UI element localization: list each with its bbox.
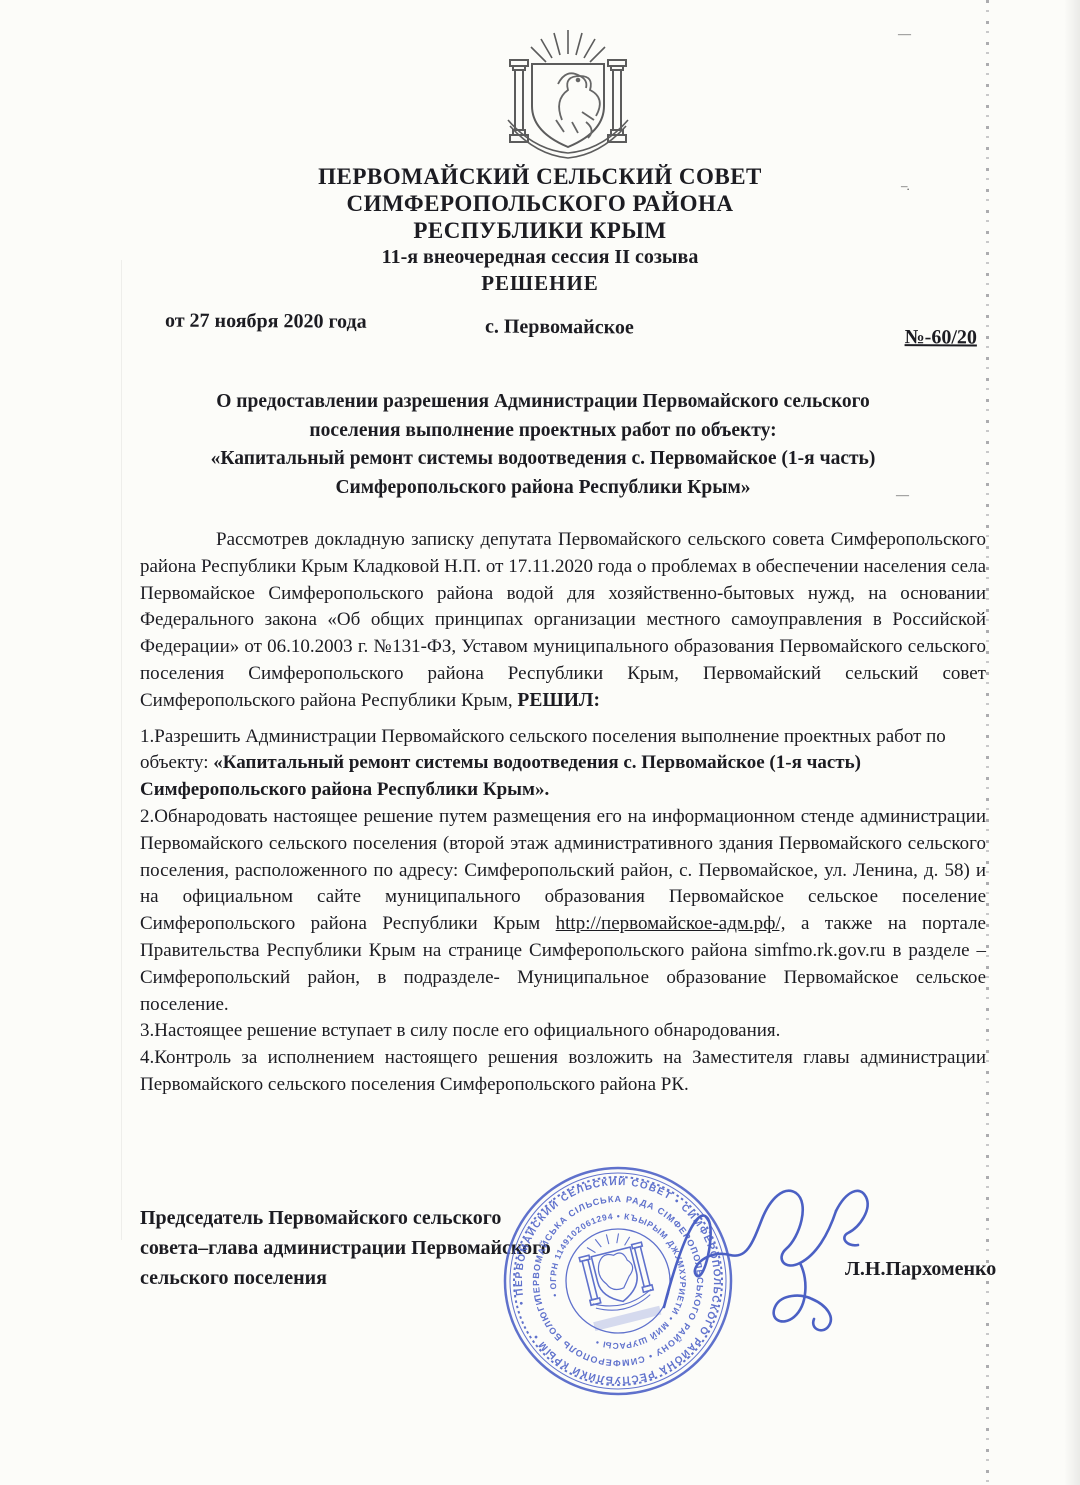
item-paragraph-4: 4.Контроль за исполнением настоящего реш… (140, 1045, 986, 1099)
item-paragraph-2: 2.Обнародовать настоящее решение путем р… (140, 804, 986, 1018)
title-line: поселения выполнение проектных работ по … (118, 417, 968, 446)
item-paragraph-3: 3.Настоящее решение вступает в силу посл… (140, 1018, 986, 1045)
document-header: ПЕРВОМАЙСКИЙ СЕЛЬСКИЙ СОВЕТ СИМФЕРОПОЛЬС… (115, 163, 965, 297)
item-paragraph-1: 1.Разрешить Администрации Первомайского … (140, 724, 986, 804)
coat-of-arms (488, 20, 648, 162)
preamble-paragraph: Рассмотрев докладную записку депутата Пе… (140, 527, 986, 715)
org-name-line: РЕСПУБЛИКИ КРЫМ (115, 217, 965, 244)
doc-number: №-60/20 (905, 326, 977, 349)
title-line: Симферопольского района Республики Крым» (118, 474, 968, 503)
document-page: — –. — (0, 0, 1080, 1485)
doc-date: от 27 ноября 2020 года (165, 310, 367, 334)
item-4-text: 4.Контроль за исполнением настоящего реш… (140, 1047, 986, 1095)
title-line: О предоставлении разрешения Администраци… (118, 388, 968, 417)
title-line: «Капитальный ремонт системы водоотведени… (118, 445, 968, 474)
page-edge-shade (1064, 0, 1080, 1485)
doc-place: с. Первомайское (485, 316, 634, 340)
url-text: http://первомайское-адм.рф/, (556, 913, 786, 934)
signature-ink (650, 1175, 910, 1355)
meta-row: от 27 ноября 2020 года с. Первомайское №… (140, 309, 985, 344)
stamp-emblem (575, 1227, 656, 1317)
sun-rays-icon (531, 30, 605, 62)
item-3-text: 3.Настоящее решение вступает в силу посл… (140, 1020, 780, 1041)
org-name-line: СИМФЕРОПОЛЬСКОГО РАЙОНА (115, 190, 965, 217)
doc-title: О предоставлении разрешения Администраци… (118, 388, 968, 502)
artifact-dash: — (898, 26, 910, 42)
resolution-items: 1.Разрешить Администрации Первомайского … (140, 724, 986, 1099)
shield-icon (532, 64, 604, 147)
doc-type-label: РЕШЕНИЕ (115, 270, 965, 297)
ribbon-icon (508, 120, 628, 158)
reshil-label: РЕШИЛ: (517, 690, 600, 711)
session-line: 11-я внеочередная сессия II созыва (115, 244, 965, 270)
item-1-object-name: «Капитальный ремонт системы водоотведени… (140, 752, 861, 800)
preamble-text: Рассмотрев докладную записку депутата Пе… (140, 529, 986, 711)
doc-body: Рассмотрев докладную записку депутата Пе… (140, 527, 986, 1099)
org-name-line: ПЕРВОМАЙСКИЙ СЕЛЬСКИЙ СОВЕТ (115, 163, 965, 190)
griffin-icon (556, 73, 600, 138)
